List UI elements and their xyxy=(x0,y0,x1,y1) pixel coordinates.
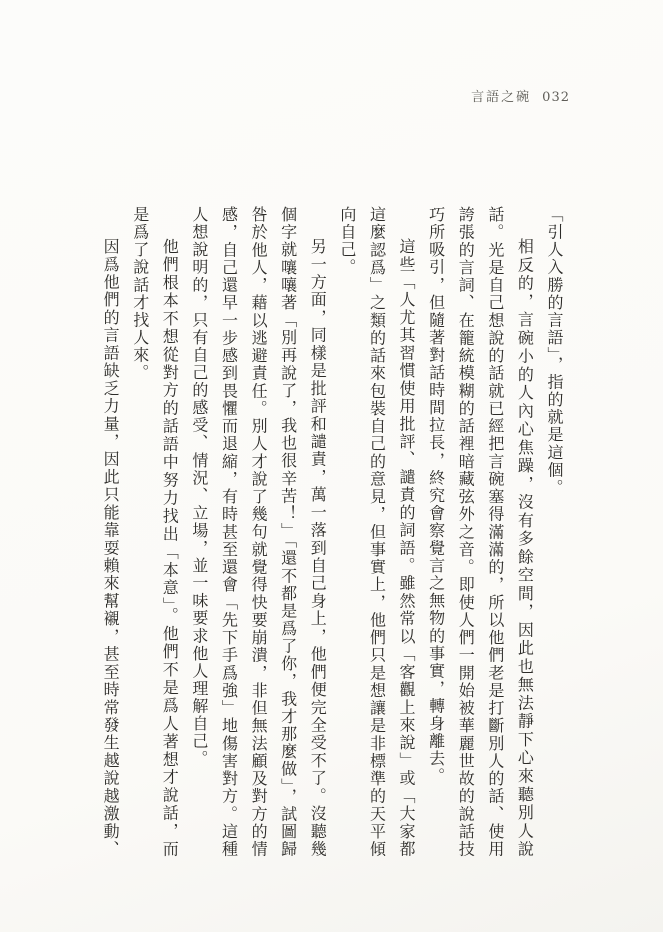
book-page: 言語之碗 032 「引人入勝的言語」，指的就是這個。 相反的，言碗小的人內心焦躁… xyxy=(0,0,663,932)
paragraph-3: 這些「人尤其習慣使用批評、譴責的詞語。雖然常以「客觀上來說」或「大家都這麼認爲」… xyxy=(332,206,421,858)
body-text-block: 「引人入勝的言語」，指的就是這個。 相反的，言碗小的人內心焦躁，沒有多餘空間，因… xyxy=(93,206,569,858)
paragraph-6: 因爲他們的言語缺乏力量，因此只能靠耍賴來幫襯，甚至時常發生越說越激動、情 xyxy=(93,206,125,858)
running-header-book-title: 言語之碗 xyxy=(471,86,531,105)
paragraph-2: 相反的，言碗小的人內心焦躁，沒有多餘空間，因此也無法靜下心來聽別人說話。光是自己… xyxy=(421,206,539,858)
running-header: 言語之碗 032 xyxy=(471,86,570,105)
paragraph-4: 另一方面，同樣是批評和譴責，萬一落到自己身上，他們便完全受不了。沒聽幾個字就嚷嚷… xyxy=(184,206,332,858)
paragraph-5: 他們根本不想從對方的話語中努力找出「本意」。他們不是爲人著想才說話，而是爲了說話… xyxy=(125,206,184,858)
paragraph-continuation: 「引人入勝的言語」，指的就是這個。 xyxy=(539,206,569,858)
running-header-page-number: 032 xyxy=(542,90,570,105)
